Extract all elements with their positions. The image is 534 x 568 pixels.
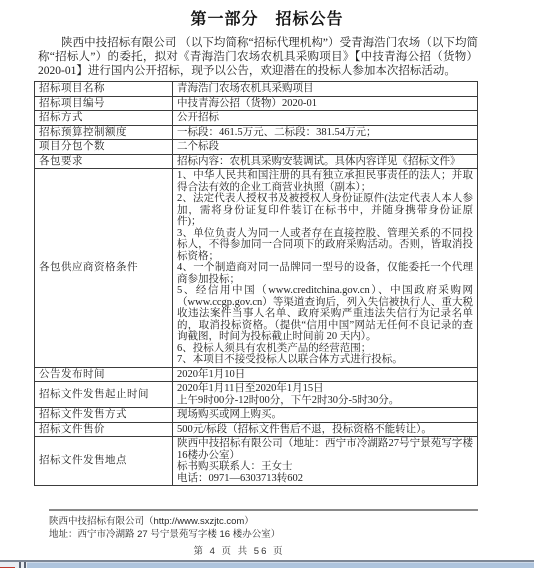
row-value: 2020年1月11日至2020年1月15日 上午9时00分-12时00分，下午2… (173, 382, 478, 408)
bid-info-table: 招标项目名称 青海浩门农场农机具采购项目 招标项目编号 中技青海公招（货物）20… (34, 81, 478, 486)
row-label: 公告发布时间 (35, 367, 173, 382)
table-row: 招标预算控制额度 一标段：461.5万元、二标段：381.54万元； (35, 125, 478, 140)
document-page: 第一部分 招标公告 陕西中技招标有限公司 （以下均简称“招标代理机构”）受青海浩… (0, 0, 534, 568)
row-label: 各包要求 (35, 154, 173, 169)
table-row: 招标文件发售地点 陕西中技招标有限公司（地址：西宁市冷湖路27号宁景苑写字楼16… (35, 437, 478, 486)
table-row: 招标文件售价 500元/标段（招标文件售后不退，投标资格不能转让）。 (35, 422, 478, 437)
bid-table-body: 招标项目名称 青海浩门农场农机具采购项目 招标项目编号 中技青海公招（货物）20… (35, 82, 478, 486)
table-row: 公告发布时间 2020年1月10日 (35, 367, 478, 382)
table-row: 项目分包个数 二个标段 (35, 140, 478, 155)
row-value: 1、中华人民共和国注册的具有独立承担民事责任的法人；并取得合法有效的企业工商营业… (173, 169, 478, 368)
row-label: 招标文件发售方式 (35, 408, 173, 423)
row-value: 招标内容：农机具采购安装调试。具体内容详见《招标文件》 (173, 154, 478, 169)
row-label: 招标文件发售起止时间 (35, 382, 173, 408)
row-value: 2020年1月10日 (173, 367, 478, 382)
table-row: 招标方式 公开招标 (35, 111, 478, 126)
table-row: 招标项目名称 青海浩门农场农机具采购项目 (35, 82, 478, 97)
row-label: 招标文件售价 (35, 422, 173, 437)
row-label: 招标预算控制额度 (35, 125, 173, 140)
page-footer: 陕西中技招标有限公司（http://www.sxzjtc.com） 地址：西宁市… (0, 509, 534, 557)
row-value: 现场购买或网上购买。 (173, 408, 478, 423)
row-label: 各包供应商资格条件 (35, 169, 173, 368)
page-title: 第一部分 招标公告 (0, 0, 534, 29)
row-label: 招标项目名称 (35, 82, 173, 97)
table-row: 招标文件发售起止时间 2020年1月11日至2020年1月15日 上午9时00分… (35, 382, 478, 408)
window-bottom-strip (0, 560, 534, 568)
row-label: 招标文件发售地点 (35, 437, 173, 486)
row-label: 项目分包个数 (35, 140, 173, 155)
row-value: 中技青海公招（货物）2020-01 (173, 96, 478, 111)
page-indicator: 第 4 页 共 56 页 (0, 543, 478, 557)
row-value: 500元/标段（招标文件售后不退，投标资格不能转让）。 (173, 422, 478, 437)
splitter-grip-icon[interactable] (19, 562, 26, 568)
footer-divider (49, 509, 478, 511)
table-row: 招标文件发售方式 现场购买或网上购买。 (35, 408, 478, 423)
table-row: 各包供应商资格条件 1、中华人民共和国注册的具有独立承担民事责任的法人；并取得合… (35, 169, 478, 368)
row-value: 一标段：461.5万元、二标段：381.54万元； (173, 125, 478, 140)
footer-address-line: 地址：西宁市冷湖路 27 号宁景苑写字楼 16 楼办公室） (49, 528, 534, 541)
row-value: 陕西中技招标有限公司（地址：西宁市冷湖路27号宁景苑写字楼16楼办公室） 标书购… (173, 437, 478, 486)
row-value: 二个标段 (173, 140, 478, 155)
row-value: 公开招标 (173, 111, 478, 126)
table-row: 各包要求 招标内容：农机具采购安装调试。具体内容详见《招标文件》 (35, 154, 478, 169)
intro-paragraph: 陕西中技招标有限公司 （以下均简称“招标代理机构”）受青海浩门农场（以下均简称“… (38, 36, 478, 78)
row-value: 青海浩门农场农机具采购项目 (173, 82, 478, 97)
horizontal-scrollbar[interactable] (27, 562, 534, 568)
row-label: 招标方式 (35, 111, 173, 126)
table-row: 招标项目编号 中技青海公招（货物）2020-01 (35, 96, 478, 111)
footer-company-line: 陕西中技招标有限公司（http://www.sxzjtc.com） (49, 515, 534, 528)
row-label: 招标项目编号 (35, 96, 173, 111)
